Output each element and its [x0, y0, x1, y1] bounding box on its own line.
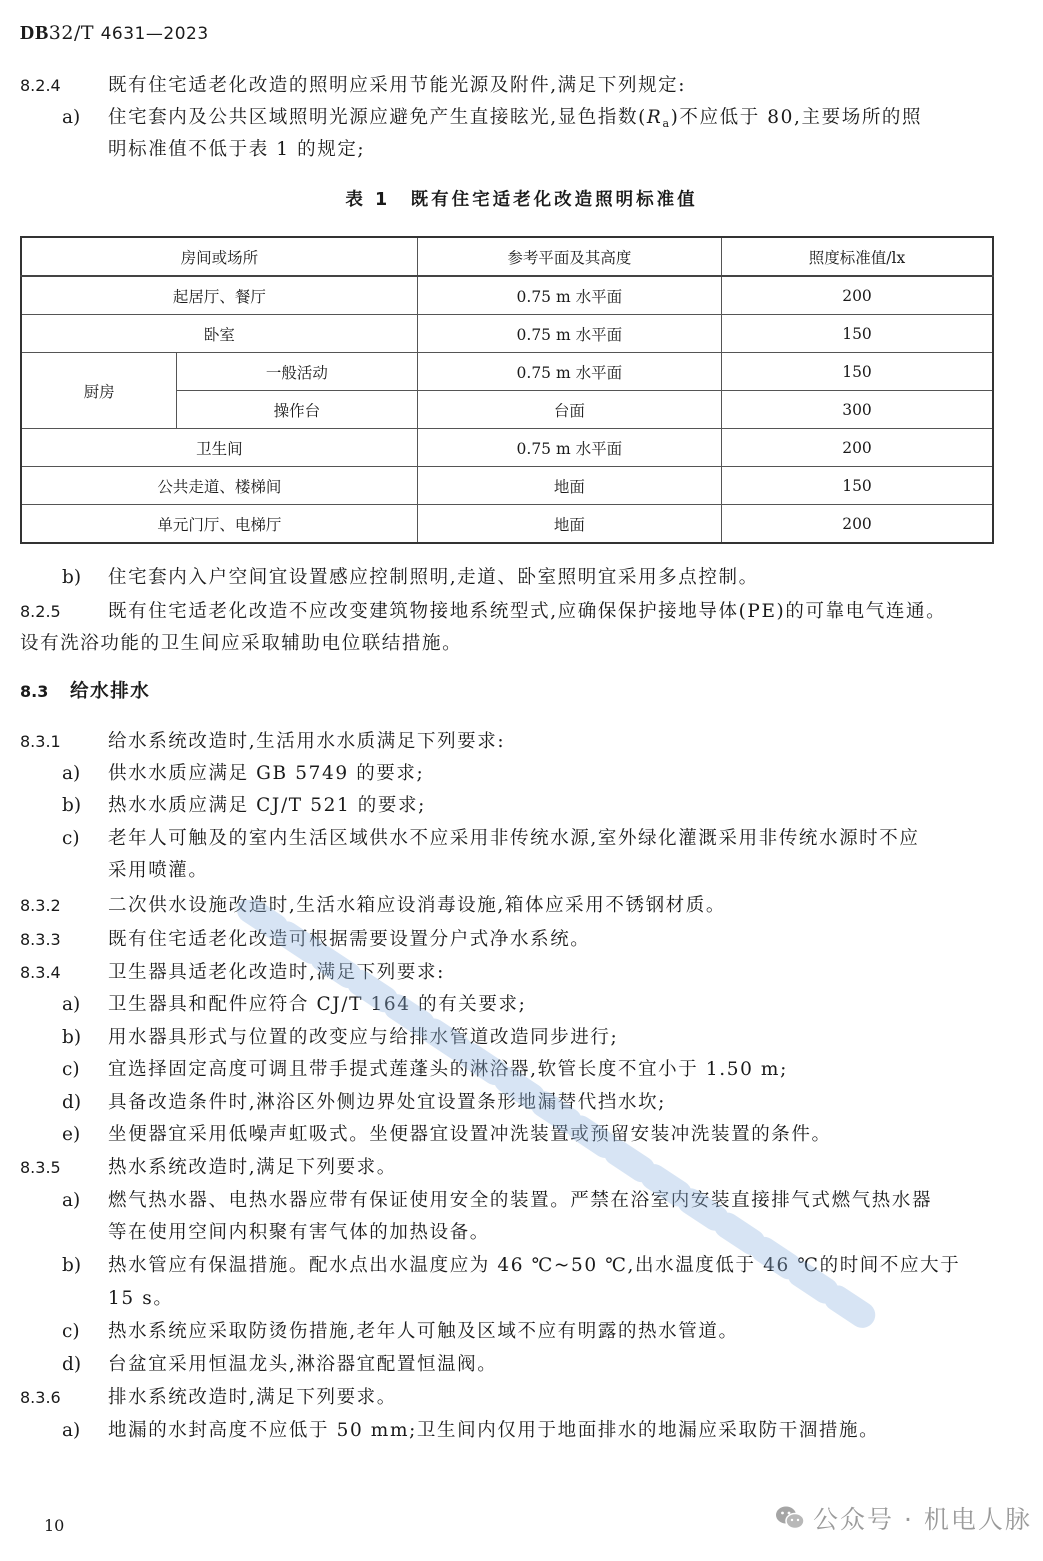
cell-subroom: 操作台 — [177, 391, 417, 429]
item-text: 宜选择固定高度可调且带手提式莲蓬头的淋浴器,软管长度不宜小于 1.50 m; — [108, 1059, 788, 1080]
section-8-3-heading: 8.3给水排水 — [20, 680, 150, 704]
table-row: 单元门厅、电梯厅 地面 200 — [21, 505, 993, 544]
table-row: 卫生间 0.75 m 水平面 200 — [21, 429, 993, 467]
table-row: 起居厅、餐厅 0.75 m 水平面 200 — [21, 276, 993, 315]
header-plane: 参考平面及其高度 — [417, 237, 721, 276]
item-mark: d) — [62, 1091, 108, 1115]
item-mark: e) — [62, 1123, 108, 1147]
cell-lux: 200 — [722, 505, 993, 544]
standard-number: 4631—2023 — [101, 24, 209, 44]
item-text: 热水水质应满足 CJ/T 521 的要求; — [108, 795, 426, 816]
variable-r: R — [647, 107, 663, 128]
item-8-3-1-c-cont: 采用喷灌。 — [108, 859, 209, 883]
item-text: 住宅套内及公共区域照明光源应避免产生直接眩光,显色指数( — [108, 107, 647, 128]
item-8-3-6-a: a)地漏的水封高度不应低于 50 mm;卫生间内仅用于地面排水的地漏应采取防干涸… — [62, 1419, 879, 1443]
item-text: 燃气热水器、电热水器应带有保证使用安全的装置。严禁在浴室内安装直接排气式燃气热水… — [108, 1190, 932, 1211]
clause-8-3-2: 8.3.2二次供水设施改造时,生活水箱应设消毒设施,箱体应采用不锈钢材质。 — [20, 894, 726, 918]
page-header: DB32/T 4631—2023 — [20, 22, 209, 45]
item-8-3-4-b: b)用水器具形式与位置的改变应与给排水管道改造同步进行; — [62, 1026, 618, 1050]
item-text: 具备改造条件时,淋浴区外侧边界处宜设置条形地漏替代挡水坎; — [108, 1092, 666, 1113]
clause-number: 8.3.5 — [20, 1156, 108, 1180]
item-text: 用水器具形式与位置的改变应与给排水管道改造同步进行; — [108, 1027, 618, 1048]
item-8-3-5-b: b)热水管应有保温措施。配水点出水温度应为 46 ℃~50 ℃,出水温度低于 4… — [62, 1254, 960, 1278]
item-mark: d) — [62, 1353, 108, 1377]
cell-room: 单元门厅、电梯厅 — [21, 505, 417, 544]
header-lux: 照度标准值/lx — [722, 237, 993, 276]
item-mark: a) — [62, 1189, 108, 1213]
item-mark: c) — [62, 1320, 108, 1344]
section-number: 8.3 — [20, 680, 70, 704]
clause-text: 既有住宅适老化改造的照明应采用节能光源及附件,满足下列规定: — [108, 75, 686, 96]
item-text: 地漏的水封高度不应低于 50 mm;卫生间内仅用于地面排水的地漏应采取防干涸措施… — [108, 1420, 879, 1441]
clause-text: 二次供水设施改造时,生活水箱应设消毒设施,箱体应采用不锈钢材质。 — [108, 895, 726, 916]
item-mark: a) — [62, 993, 108, 1017]
item-mark: a) — [62, 762, 108, 786]
item-text-cont: )不应低于 80,主要场所的照 — [671, 107, 923, 128]
clause-number: 8.2.5 — [20, 600, 108, 624]
clause-number: 8.3.3 — [20, 928, 108, 952]
item-mark: b) — [62, 1254, 108, 1278]
item-mark: b) — [62, 566, 108, 590]
clause-number: 8.2.4 — [20, 74, 108, 98]
cell-lux: 150 — [722, 315, 993, 353]
clause-8-3-4: 8.3.4卫生器具适老化改造时,满足下列要求: — [20, 961, 445, 985]
item-mark: a) — [62, 1419, 108, 1443]
cell-plane: 台面 — [417, 391, 721, 429]
clause-8-2-4: 8.2.4既有住宅适老化改造的照明应采用节能光源及附件,满足下列规定: — [20, 74, 686, 98]
cell-room: 起居厅、餐厅 — [21, 276, 417, 315]
item-8-2-4-a-cont: 明标准值不低于表 1 的规定; — [108, 138, 365, 162]
wechat-icon — [775, 1505, 805, 1531]
item-mark: b) — [62, 794, 108, 818]
item-text: 热水管应有保温措施。配水点出水温度应为 46 ℃~50 ℃,出水温度低于 46 … — [108, 1255, 960, 1276]
clause-text: 既有住宅适老化改造不应改变建筑物接地系统型式,应确保保护接地导体(PE)的可靠电… — [108, 601, 946, 622]
item-text: 供水水质应满足 GB 5749 的要求; — [108, 763, 424, 784]
clause-number: 8.3.2 — [20, 894, 108, 918]
item-text: 卫生器具和配件应符合 CJ/T 164 的有关要求; — [108, 994, 526, 1015]
item-text: 热水系统应采取防烫伤措施,老年人可触及区域不应有明露的热水管道。 — [108, 1321, 739, 1342]
item-text: 坐便器宜采用低噪声虹吸式。坐便器宜设置冲洗装置或预留安装冲洗装置的条件。 — [108, 1124, 832, 1145]
item-mark: b) — [62, 1026, 108, 1050]
item-text: 老年人可触及的室内生活区域供水不应采用非传统水源,室外绿化灌溉采用非传统水源时不… — [108, 828, 919, 849]
page-number: 10 — [44, 1516, 64, 1535]
clause-8-2-5: 8.2.5既有住宅适老化改造不应改变建筑物接地系统型式,应确保保护接地导体(PE… — [20, 600, 946, 624]
clause-number: 8.3.1 — [20, 730, 108, 754]
item-8-3-5-a: a)燃气热水器、电热水器应带有保证使用安全的装置。严禁在浴室内安装直接排气式燃气… — [62, 1189, 932, 1213]
item-8-3-4-c: c)宜选择固定高度可调且带手提式莲蓬头的淋浴器,软管长度不宜小于 1.50 m; — [62, 1058, 788, 1082]
clause-text: 排水系统改造时,满足下列要求。 — [108, 1387, 397, 1408]
cell-lux: 150 — [722, 467, 993, 505]
clause-8-3-5: 8.3.5热水系统改造时,满足下列要求。 — [20, 1156, 397, 1180]
cell-subroom: 一般活动 — [177, 353, 417, 391]
item-mark: c) — [62, 827, 108, 851]
cell-plane: 地面 — [417, 505, 721, 544]
clause-text: 热水系统改造时,满足下列要求。 — [108, 1157, 397, 1178]
section-title: 给水排水 — [70, 681, 150, 702]
clause-number: 8.3.4 — [20, 961, 108, 985]
standard-code: 32/T — [49, 22, 94, 44]
cell-room: 卫生间 — [21, 429, 417, 467]
wechat-account-label: 公众号 · 机电人脉 — [813, 1500, 1032, 1536]
item-text: 台盆宜采用恒温龙头,淋浴器宜配置恒温阀。 — [108, 1354, 497, 1375]
clause-text: 既有住宅适老化改造可根据需要设置分户式净水系统。 — [108, 929, 590, 950]
table-row: 公共走道、楼梯间 地面 150 — [21, 467, 993, 505]
cell-plane: 0.75 m 水平面 — [417, 353, 721, 391]
wechat-account-badge: 公众号 · 机电人脉 — [775, 1500, 1032, 1536]
table-header-row: 房间或场所 参考平面及其高度 照度标准值/lx — [21, 237, 993, 276]
cell-lux: 200 — [722, 429, 993, 467]
item-8-2-4-a: a)住宅套内及公共区域照明光源应避免产生直接眩光,显色指数(Ra)不应低于 80… — [62, 106, 922, 136]
clause-text: 给水系统改造时,生活用水水质满足下列要求: — [108, 731, 505, 752]
clause-text: 卫生器具适老化改造时,满足下列要求: — [108, 962, 445, 983]
item-8-3-5-d: d)台盆宜采用恒温龙头,淋浴器宜配置恒温阀。 — [62, 1353, 497, 1377]
item-8-2-4-b: b)住宅套内入户空间宜设置感应控制照明,走道、卧室照明宜采用多点控制。 — [62, 566, 759, 590]
item-mark: c) — [62, 1058, 108, 1082]
cell-plane: 0.75 m 水平面 — [417, 315, 721, 353]
item-8-3-1-c: c)老年人可触及的室内生活区域供水不应采用非传统水源,室外绿化灌溉采用非传统水源… — [62, 827, 919, 851]
header-room: 房间或场所 — [21, 237, 417, 276]
cell-room: 公共走道、楼梯间 — [21, 467, 417, 505]
item-text: 住宅套内入户空间宜设置感应控制照明,走道、卧室照明宜采用多点控制。 — [108, 567, 759, 588]
lighting-standard-table: 房间或场所 参考平面及其高度 照度标准值/lx 起居厅、餐厅 0.75 m 水平… — [20, 236, 994, 544]
item-mark: a) — [62, 106, 108, 130]
table-row: 卧室 0.75 m 水平面 150 — [21, 315, 993, 353]
cell-room-kitchen: 厨房 — [21, 353, 177, 429]
item-8-3-5-c: c)热水系统应采取防烫伤措施,老年人可触及区域不应有明露的热水管道。 — [62, 1320, 739, 1344]
subscript-a: a — [662, 117, 670, 130]
clause-8-3-1: 8.3.1给水系统改造时,生活用水水质满足下列要求: — [20, 730, 505, 754]
clause-8-2-5-cont: 设有洗浴功能的卫生间应采取辅助电位联结措施。 — [20, 632, 462, 656]
item-8-3-1-a: a)供水水质应满足 GB 5749 的要求; — [62, 762, 424, 786]
standard-prefix: DB — [20, 22, 49, 44]
cell-lux: 300 — [722, 391, 993, 429]
item-8-3-1-b: b)热水水质应满足 CJ/T 521 的要求; — [62, 794, 426, 818]
cell-plane: 地面 — [417, 467, 721, 505]
clause-number: 8.3.6 — [20, 1386, 108, 1410]
clause-8-3-6: 8.3.6排水系统改造时,满足下列要求。 — [20, 1386, 397, 1410]
table-caption: 表 1 既有住宅适老化改造照明标准值 — [0, 186, 1043, 211]
item-8-3-4-a: a)卫生器具和配件应符合 CJ/T 164 的有关要求; — [62, 993, 526, 1017]
cell-plane: 0.75 m 水平面 — [417, 276, 721, 315]
cell-lux: 200 — [722, 276, 993, 315]
item-8-3-4-d: d)具备改造条件时,淋浴区外侧边界处宜设置条形地漏替代挡水坎; — [62, 1091, 666, 1115]
item-8-3-5-a-cont: 等在使用空间内积聚有害气体的加热设备。 — [108, 1221, 490, 1245]
item-8-3-4-e: e)坐便器宜采用低噪声虹吸式。坐便器宜设置冲洗装置或预留安装冲洗装置的条件。 — [62, 1123, 832, 1147]
cell-lux: 150 — [722, 353, 993, 391]
cell-plane: 0.75 m 水平面 — [417, 429, 721, 467]
item-8-3-5-b-cont: 15 s。 — [108, 1287, 173, 1311]
table-row: 厨房 一般活动 0.75 m 水平面 150 — [21, 353, 993, 391]
cell-room: 卧室 — [21, 315, 417, 353]
clause-8-3-3: 8.3.3既有住宅适老化改造可根据需要设置分户式净水系统。 — [20, 928, 590, 952]
